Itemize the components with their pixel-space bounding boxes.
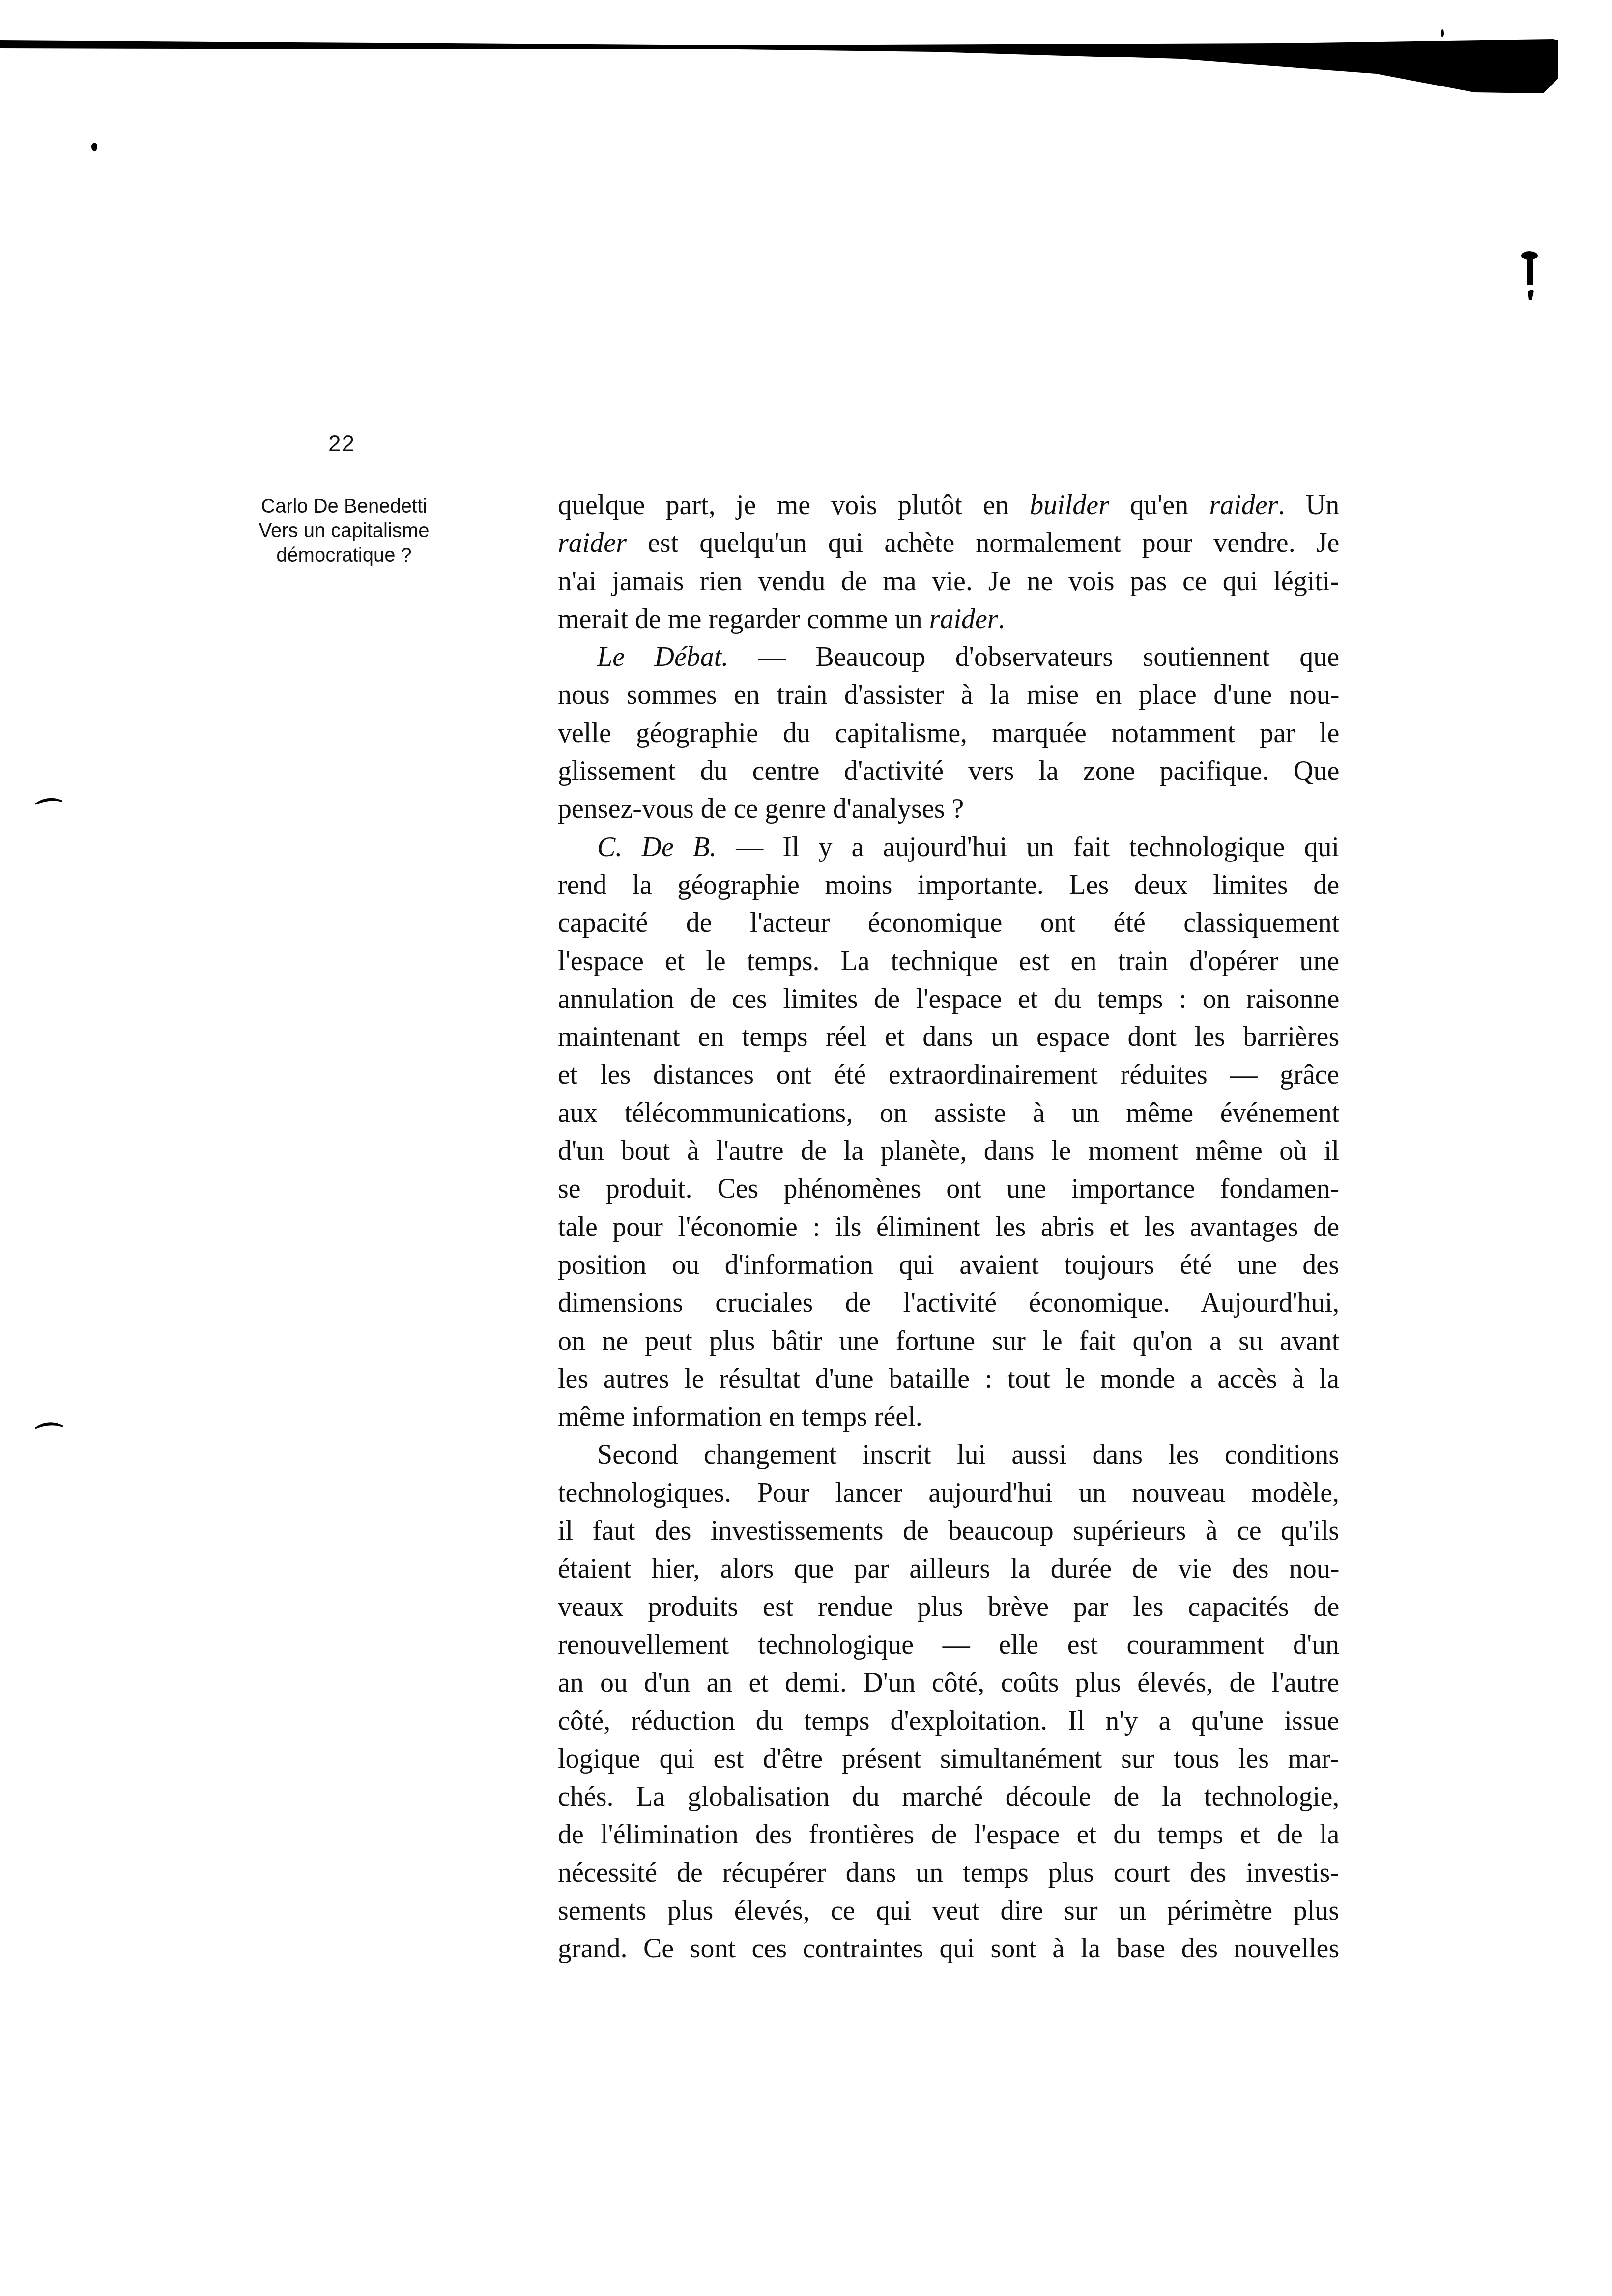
text-run: aux télécommunications, on assiste à un … — [558, 1098, 1339, 1128]
text-run: . Un — [1278, 490, 1339, 520]
text-line: merait de me regarder comme un raider. — [558, 601, 1339, 638]
body-text: quelque part, je me vois plutôt en build… — [558, 487, 1339, 1968]
text-line: technologiques. Pour lancer aujourd'hui … — [558, 1474, 1339, 1512]
text-run: — Beaucoup d'observateurs soutiennent qu… — [728, 642, 1339, 672]
running-head: Carlo De Benedetti Vers un capitalisme d… — [221, 494, 467, 568]
text-run: même information en temps réel. — [558, 1402, 922, 1432]
text-line: velle géographie du capitalisme, marquée… — [558, 715, 1339, 752]
text-run: veaux produits est rendue plus brève par… — [558, 1592, 1339, 1622]
text-line: et les distances ont été extraordinairem… — [558, 1056, 1339, 1094]
paragraph: Le Débat. — Beaucoup d'observateurs sout… — [558, 638, 1339, 828]
text-line: même information en temps réel. — [558, 1398, 1339, 1436]
text-line: pensez-vous de ce genre d'analyses ? — [558, 790, 1339, 828]
text-line: chés. La globalisation du marché découle… — [558, 1778, 1339, 1816]
text-run: pensez-vous de ce genre d'analyses ? — [558, 794, 964, 824]
text-line: tale pour l'économie : ils éliminent les… — [558, 1208, 1339, 1246]
running-head-title-line1: Vers un capitalisme — [221, 518, 467, 543]
paragraph: Second changement inscrit lui aussi dans… — [558, 1436, 1339, 1968]
text-run: l'espace et le temps. La technique est e… — [558, 946, 1339, 976]
text-line: veaux produits est rendue plus brève par… — [558, 1588, 1339, 1626]
text-run: — Il y a aujourd'hui un fait technologiq… — [717, 832, 1339, 862]
text-line: glissement du centre d'activité vers la … — [558, 752, 1339, 790]
italic-text: raider — [558, 528, 627, 558]
text-run: dimensions cruciales de l'activité écono… — [558, 1288, 1339, 1318]
scan-speck — [1441, 29, 1444, 37]
text-run: renouvellement technologique — elle est … — [558, 1630, 1339, 1660]
text-run: quelque part, je me vois plutôt en — [558, 490, 1030, 520]
text-line: an ou d'un an et demi. D'un côté, coûts … — [558, 1664, 1339, 1702]
text-run: . — [998, 604, 1005, 634]
margin-mark-icon — [1521, 251, 1541, 305]
text-run: n'ai jamais rien vendu de ma vie. Je ne … — [558, 566, 1339, 597]
text-run: capacité de l'acteur économique ont été … — [558, 908, 1339, 938]
text-run: tale pour l'économie : ils éliminent les… — [558, 1212, 1339, 1242]
text-line: dimensions cruciales de l'activité écono… — [558, 1284, 1339, 1322]
text-run: position ou d'information qui avaient to… — [558, 1250, 1339, 1280]
text-run: an ou d'un an et demi. D'un côté, coûts … — [558, 1667, 1339, 1698]
italic-text: raider — [1209, 490, 1278, 520]
text-run: glissement du centre d'activité vers la … — [558, 756, 1339, 786]
text-run: de l'élimination des frontières de l'esp… — [558, 1819, 1339, 1850]
text-line: position ou d'information qui avaient to… — [558, 1246, 1339, 1284]
text-line: capacité de l'acteur économique ont été … — [558, 904, 1339, 942]
text-line: quelque part, je me vois plutôt en build… — [558, 487, 1339, 524]
text-run: Second changement inscrit lui aussi dans… — [597, 1439, 1339, 1470]
text-line: n'ai jamais rien vendu de ma vie. Je ne … — [558, 563, 1339, 601]
text-run: d'un bout à l'autre de la planète, dans … — [558, 1136, 1339, 1166]
text-line: de l'élimination des frontières de l'esp… — [558, 1816, 1339, 1854]
running-head-title-line2: démocratique ? — [221, 543, 467, 568]
text-run: côté, réduction du temps d'exploitation.… — [558, 1706, 1339, 1736]
italic-text: C. De B. — [597, 832, 717, 862]
text-run: les autres le résultat d'une bataille : … — [558, 1364, 1339, 1394]
text-run: étaient hier, alors que par ailleurs la … — [558, 1553, 1339, 1584]
text-line: C. De B. — Il y a aujourd'hui un fait te… — [558, 829, 1339, 866]
text-line: il faut des investissements de beaucoup … — [558, 1512, 1339, 1550]
text-run: rend la géographie moins importante. Les… — [558, 870, 1339, 900]
text-line: maintenant en temps réel et dans un espa… — [558, 1018, 1339, 1056]
scan-edge-bar — [0, 34, 1563, 98]
text-line: Second changement inscrit lui aussi dans… — [558, 1436, 1339, 1474]
text-run: se produit. Ces phénomènes ont une impor… — [558, 1174, 1339, 1204]
paragraph: C. De B. — Il y a aujourd'hui un fait te… — [558, 829, 1339, 1436]
text-line: l'espace et le temps. La technique est e… — [558, 943, 1339, 980]
text-run: velle géographie du capitalisme, marquée… — [558, 718, 1339, 748]
text-run: annulation de ces limites de l'espace et… — [558, 984, 1339, 1014]
text-line: raider est quelqu'un qui achète normalem… — [558, 524, 1339, 562]
running-head-author: Carlo De Benedetti — [221, 494, 467, 518]
text-run: et les distances ont été extraordinairem… — [558, 1060, 1339, 1090]
text-line: Le Débat. — Beaucoup d'observateurs sout… — [558, 638, 1339, 676]
text-run: grand. Ce sont ces contraintes qui sont … — [558, 1933, 1339, 1964]
text-line: annulation de ces limites de l'espace et… — [558, 980, 1339, 1018]
page-number: 22 — [328, 430, 355, 457]
text-run: est quelqu'un qui achète normalement pou… — [627, 528, 1339, 558]
text-run: merait de me regarder comme un — [558, 604, 929, 634]
italic-text: raider — [929, 604, 998, 634]
text-run: on ne peut plus bâtir une fortune sur le… — [558, 1326, 1339, 1356]
italic-text: builder — [1030, 490, 1109, 520]
text-line: renouvellement technologique — elle est … — [558, 1626, 1339, 1664]
scan-speck — [91, 143, 97, 151]
text-run: nécessité de récupérer dans un temps plu… — [558, 1858, 1339, 1888]
text-line: rend la géographie moins importante. Les… — [558, 866, 1339, 904]
text-run: logique qui est d'être présent simultané… — [558, 1744, 1339, 1774]
text-line: aux télécommunications, on assiste à un … — [558, 1094, 1339, 1132]
text-line: côté, réduction du temps d'exploitation.… — [558, 1702, 1339, 1740]
text-line: sements plus élevés, ce qui veut dire su… — [558, 1892, 1339, 1930]
text-line: nous sommes en train d'assister à la mis… — [558, 676, 1339, 714]
text-run: technologiques. Pour lancer aujourd'hui … — [558, 1478, 1339, 1508]
text-line: logique qui est d'être présent simultané… — [558, 1740, 1339, 1778]
text-line: étaient hier, alors que par ailleurs la … — [558, 1550, 1339, 1588]
italic-text: Le Débat. — [597, 642, 728, 672]
text-run: chés. La globalisation du marché découle… — [558, 1781, 1339, 1812]
text-line: se produit. Ces phénomènes ont une impor… — [558, 1170, 1339, 1208]
text-run: qu'en — [1109, 490, 1209, 520]
text-run: nous sommes en train d'assister à la mis… — [558, 680, 1339, 710]
text-line: les autres le résultat d'une bataille : … — [558, 1360, 1339, 1398]
binding-mark-icon — [34, 795, 64, 805]
text-run: sements plus élevés, ce qui veut dire su… — [558, 1895, 1339, 1926]
text-line: grand. Ce sont ces contraintes qui sont … — [558, 1930, 1339, 1968]
paragraph: quelque part, je me vois plutôt en build… — [558, 487, 1339, 638]
text-run: il faut des investissements de beaucoup … — [558, 1516, 1339, 1546]
text-line: on ne peut plus bâtir une fortune sur le… — [558, 1322, 1339, 1360]
text-run: maintenant en temps réel et dans un espa… — [558, 1022, 1339, 1052]
text-line: d'un bout à l'autre de la planète, dans … — [558, 1132, 1339, 1170]
binding-mark-icon — [34, 1419, 64, 1429]
text-line: nécessité de récupérer dans un temps plu… — [558, 1854, 1339, 1892]
